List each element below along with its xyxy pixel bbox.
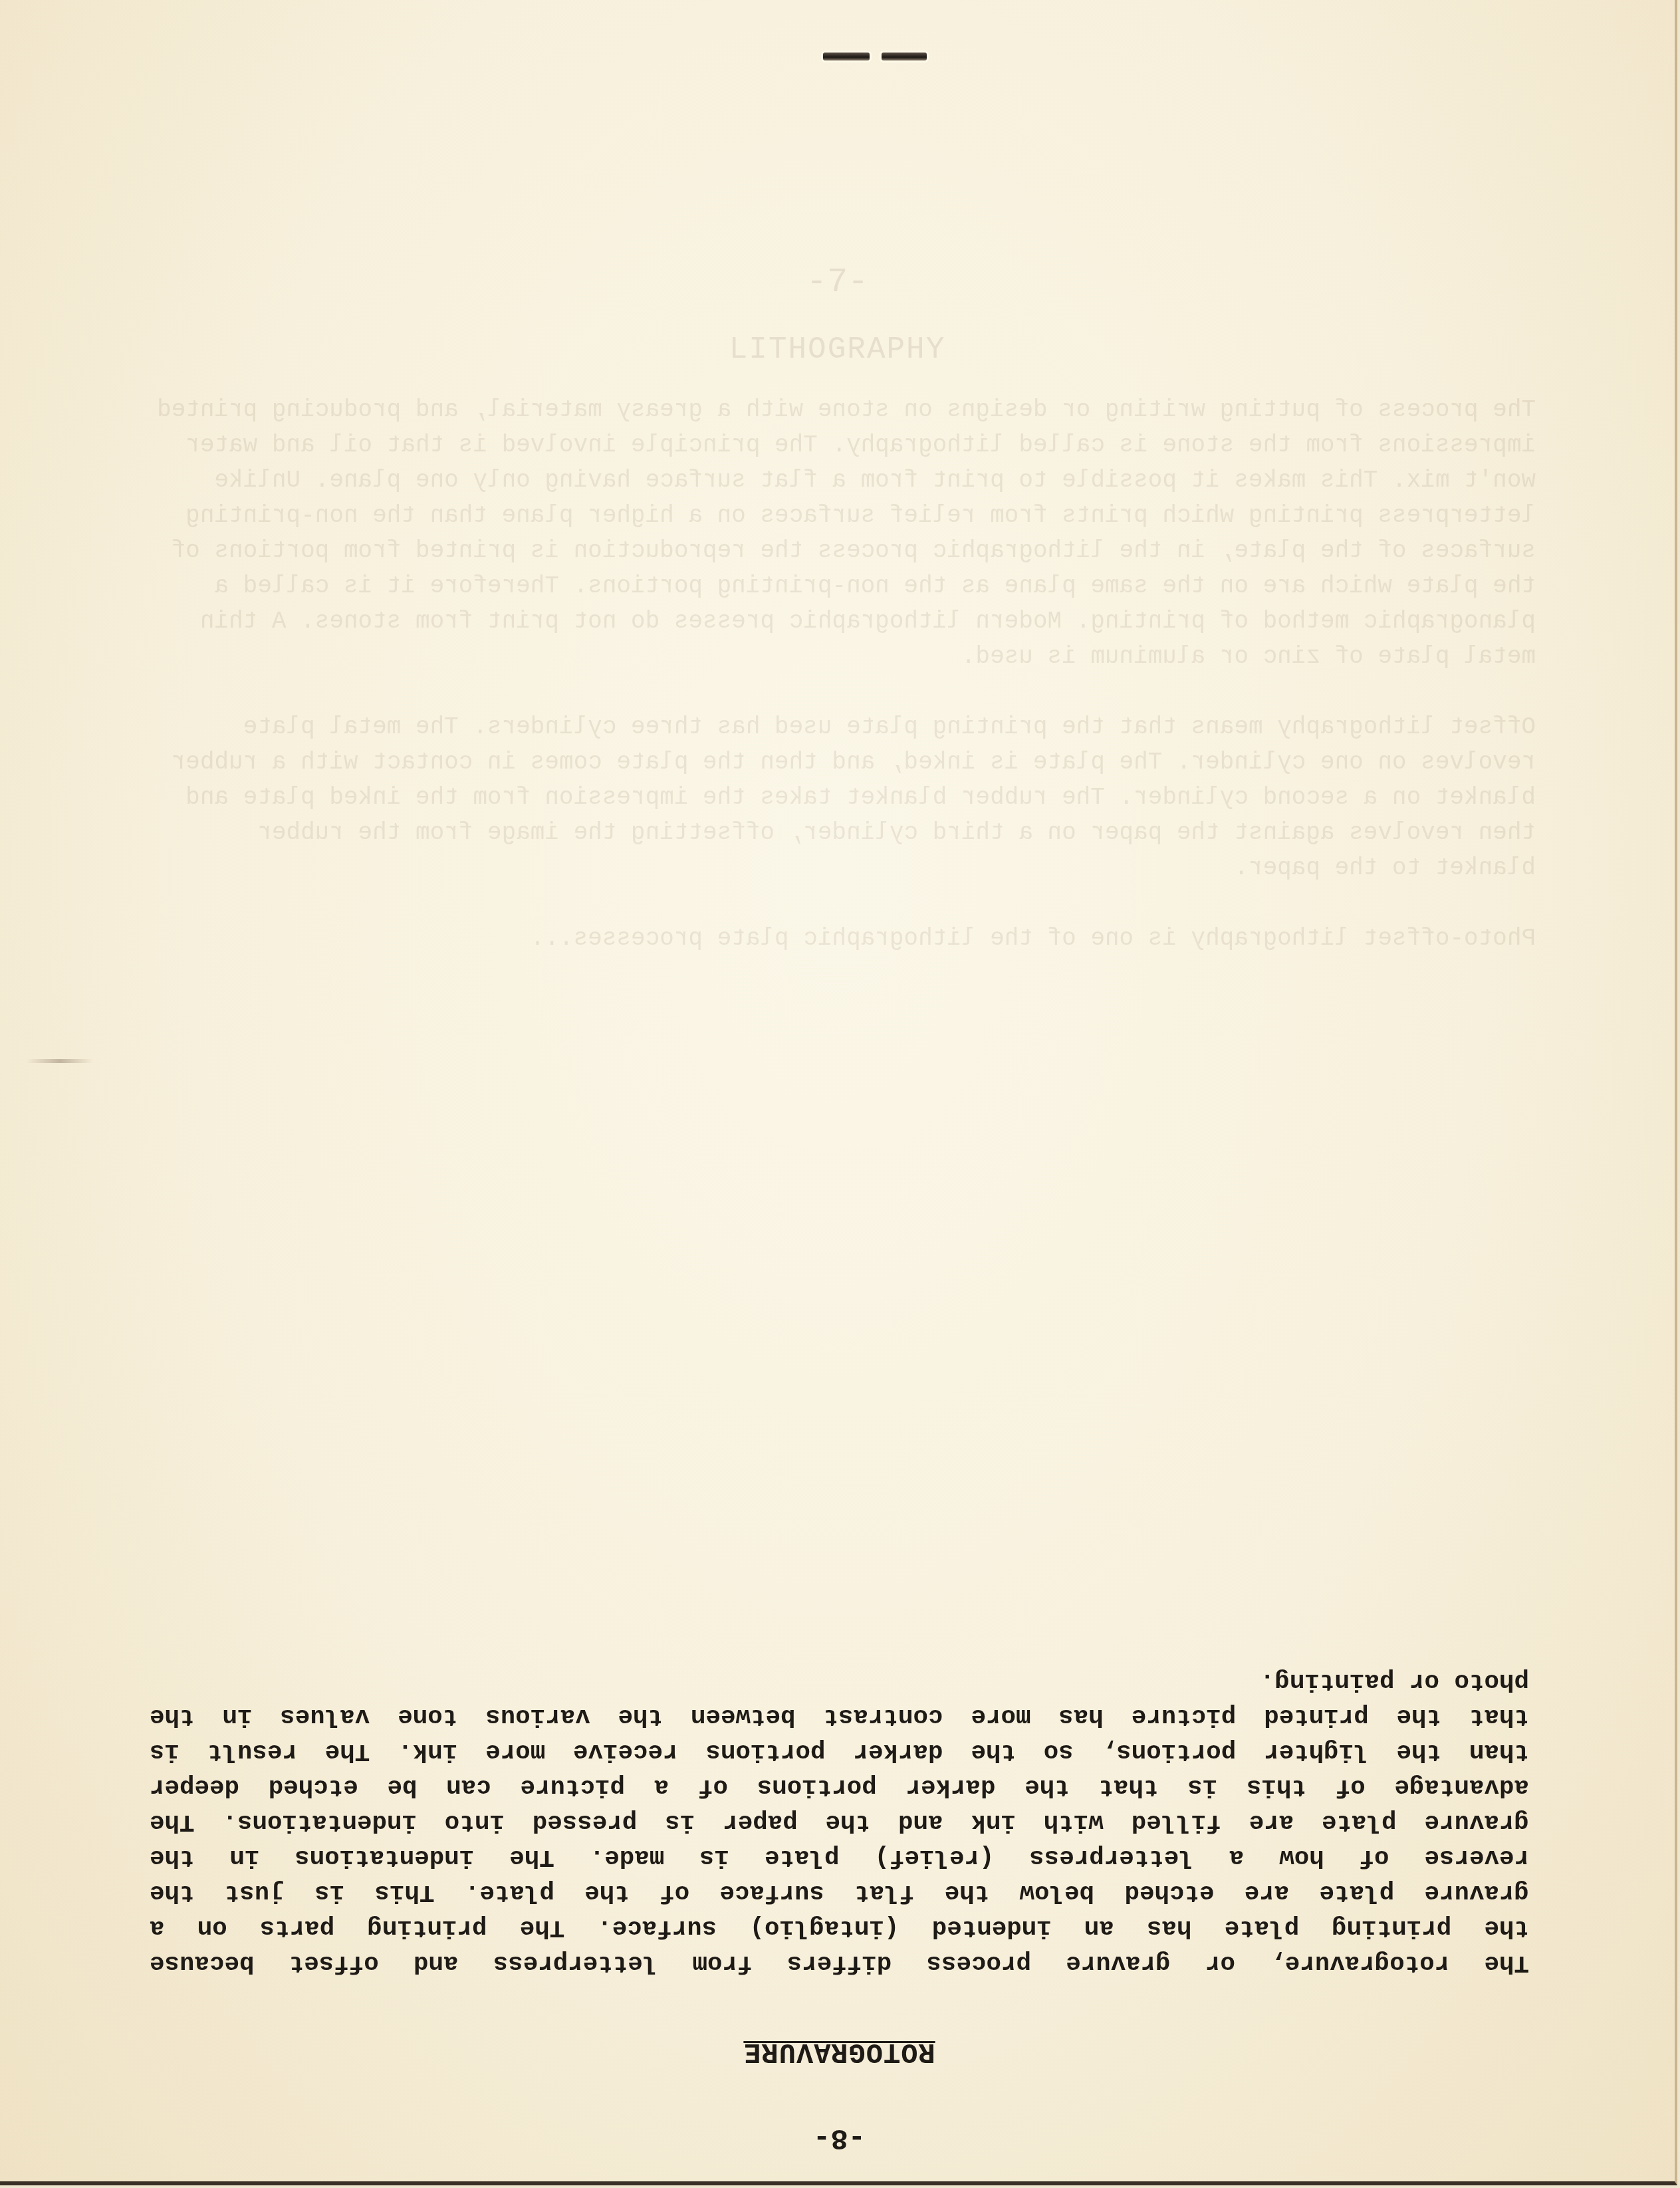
- rotated-content: -8- ROTOGRAVURE The rotogravure, or grav…: [150, 1675, 1529, 2154]
- staple-right: [880, 51, 929, 62]
- staple-mark: [821, 48, 927, 62]
- body-line: gravure plate are filled with ink and th…: [150, 1804, 1529, 1839]
- page-number: -8-: [150, 2121, 1529, 2154]
- body-line: The rotogravure, or gravure process diff…: [150, 1945, 1529, 1980]
- section-title: ROTOGRAVURE: [150, 2036, 1529, 2068]
- body-line: gravure plate are etched below the flat …: [150, 1874, 1529, 1909]
- paper-crease: [27, 1059, 93, 1063]
- staple-left: [821, 51, 872, 62]
- body-line: than the lighter portions, so the darker…: [150, 1733, 1529, 1768]
- body-paragraph: The rotogravure, or gravure process diff…: [150, 1663, 1529, 1980]
- body-line: reverse of how a letterpress (relief) pl…: [150, 1839, 1529, 1874]
- body-line: advantage of this is that the darker por…: [150, 1768, 1529, 1804]
- bleed-through-heading: LITHOGRAPHY: [0, 332, 1675, 367]
- body-line: photo or painting.: [150, 1663, 1529, 1698]
- body-line: the printing plate has an indented (inta…: [150, 1909, 1529, 1945]
- body-line: that the printed picture has more contra…: [150, 1698, 1529, 1733]
- document-page: -7- LITHOGRAPHY The process of putting w…: [0, 0, 1677, 2185]
- bleed-through-body: The process of putting writing or design…: [153, 392, 1536, 956]
- bleed-through-page-number: -7-: [0, 263, 1675, 302]
